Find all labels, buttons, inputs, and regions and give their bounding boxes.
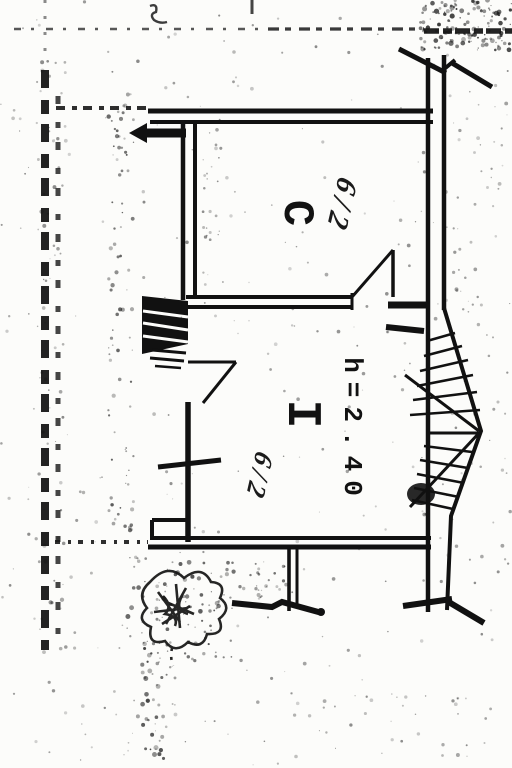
winder-staircase bbox=[405, 308, 481, 610]
hatched-window-opening bbox=[142, 296, 188, 368]
room-label-c: C bbox=[274, 200, 318, 226]
interior-wall bbox=[186, 293, 352, 310]
room-label-i: I bbox=[277, 400, 325, 429]
wall-tick bbox=[158, 460, 221, 467]
ceiling-height-note: h=2.40 bbox=[339, 357, 365, 505]
wall-return-pilaster bbox=[129, 123, 186, 143]
fence-stub bbox=[232, 548, 325, 616]
exterior-walls bbox=[148, 55, 444, 612]
stair-threshold bbox=[386, 305, 430, 331]
wall-notch bbox=[188, 362, 236, 403]
floor-plan-drawing bbox=[0, 0, 512, 768]
wall-break-marks-bottom bbox=[403, 599, 484, 623]
small-ink-mark bbox=[150, 5, 167, 22]
step-notch bbox=[152, 520, 190, 538]
tree-scribble bbox=[142, 571, 226, 666]
scanned-floor-plan-page: C 6/2 I 6/2 h=2.40 bbox=[0, 0, 512, 768]
dashed-boundary-line bbox=[14, 0, 512, 650]
door-swing-triangle bbox=[352, 250, 393, 297]
